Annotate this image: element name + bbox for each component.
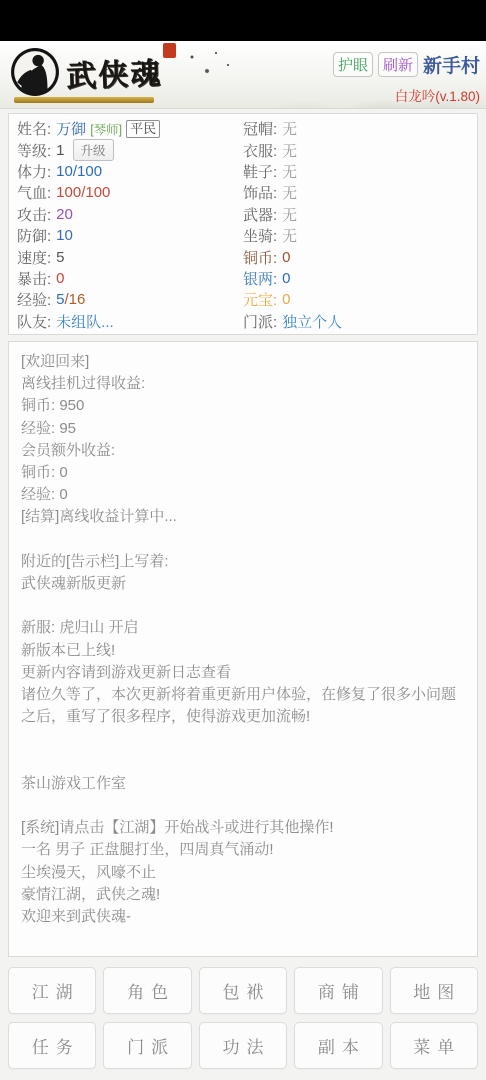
stat-label: 姓名: bbox=[17, 118, 51, 139]
stat-value: 0 bbox=[282, 291, 290, 308]
stat-label: 气血: bbox=[17, 182, 51, 203]
message-line: 欢迎来到武侠魂- bbox=[21, 906, 465, 928]
upgrade-button[interactable]: 升级 bbox=[73, 139, 114, 161]
character-stats-panel: 姓名:万御[琴师]平民等级:1升级体力:10/100气血:100/100攻击:2… bbox=[8, 113, 478, 335]
status-bar bbox=[0, 0, 486, 41]
nav-label: 副本 bbox=[318, 1033, 366, 1058]
stat-label: 衣服: bbox=[243, 140, 277, 161]
stat-value: 1 bbox=[56, 142, 64, 159]
stat-row: 铜币:0 bbox=[243, 246, 469, 267]
stat-value: 万御 bbox=[56, 118, 86, 139]
stat-label: 武器: bbox=[243, 204, 277, 225]
stat-row: 门派:独立个人 bbox=[243, 311, 469, 332]
nav-button-quest[interactable]: 任务 bbox=[8, 1022, 96, 1069]
stat-value: 10/100 bbox=[56, 163, 102, 180]
stat-value: 无 bbox=[282, 204, 297, 225]
nav-button-inventory[interactable]: 包袱 bbox=[199, 967, 287, 1014]
nav-button-skills[interactable]: 功法 bbox=[199, 1022, 287, 1069]
nav-label: 包袱 bbox=[222, 978, 270, 1003]
logo-title: 武侠魂 bbox=[65, 48, 162, 95]
stat-row: 暴击:0 bbox=[17, 268, 243, 289]
nav-label: 功法 bbox=[222, 1033, 270, 1058]
message-line bbox=[21, 928, 465, 950]
nav-button-dungeon[interactable]: 副本 bbox=[294, 1022, 382, 1069]
message-line bbox=[21, 795, 465, 817]
nav-label: 江湖 bbox=[32, 978, 80, 1003]
stat-label: 银两: bbox=[243, 268, 277, 289]
novice-village-button[interactable]: 新手村 bbox=[423, 51, 480, 78]
hero-silhouette-icon bbox=[10, 47, 60, 97]
stat-value: 0 bbox=[282, 270, 290, 287]
nav-label: 地图 bbox=[413, 978, 461, 1003]
stat-value: 5 bbox=[56, 249, 64, 266]
nav-label: 商铺 bbox=[318, 978, 366, 1003]
message-line: 更新内容请到游戏更新日志查看 bbox=[21, 662, 465, 684]
message-line: 一名 男子 正盘腿打坐，四周真气涌动! bbox=[21, 839, 465, 861]
stat-label: 鞋子: bbox=[243, 161, 277, 182]
nav-label: 角色 bbox=[127, 978, 175, 1003]
stat-row: 鞋子:无 bbox=[243, 161, 469, 182]
stats-left-column: 姓名:万御[琴师]平民等级:1升级体力:10/100气血:100/100攻击:2… bbox=[17, 118, 243, 330]
stats-right-column: 冠帽:无衣服:无鞋子:无饰品:无武器:无坐骑:无铜币:0银两:0元宝:0门派:独… bbox=[243, 118, 469, 330]
stat-row: 元宝:0 bbox=[243, 289, 469, 310]
message-line: 离线挂机过得收益: bbox=[21, 373, 465, 395]
header: 武侠魂 护眼 刷新 新手村 白龙吟(v.1.80) bbox=[0, 41, 486, 109]
stat-row: 饰品:无 bbox=[243, 182, 469, 203]
stat-row: 气血:100/100 bbox=[17, 182, 243, 203]
stat-label: 门派: bbox=[243, 311, 277, 332]
message-line: 武侠魂新版更新 bbox=[21, 573, 465, 595]
stat-value: 独立个人 bbox=[282, 311, 342, 332]
logo-banner bbox=[14, 97, 154, 103]
stat-label: 体力: bbox=[17, 161, 51, 182]
message-line: [欢迎回来] bbox=[21, 351, 465, 373]
message-line bbox=[21, 529, 465, 551]
message-line: 豪情江湖，武侠之魂! bbox=[21, 884, 465, 906]
stat-label: 铜币: bbox=[243, 247, 277, 268]
nav-button-menu[interactable]: 菜单 bbox=[390, 1022, 478, 1069]
stat-value: 5 bbox=[56, 291, 64, 308]
stat-value: 10 bbox=[56, 227, 73, 244]
message-line: 新服: 虎归山 开启 bbox=[21, 617, 465, 639]
stat-label: 防御: bbox=[17, 225, 51, 246]
message-line: 新版本已上线! bbox=[21, 640, 465, 662]
message-line: 经验: 95 bbox=[21, 418, 465, 440]
stat-row: 衣服:无 bbox=[243, 139, 469, 160]
message-line: 茶山游戏工作室 bbox=[21, 773, 465, 795]
stat-row: 等级:1升级 bbox=[17, 139, 243, 160]
nav-button-map[interactable]: 地图 bbox=[390, 967, 478, 1014]
stat-label: 速度: bbox=[17, 247, 51, 268]
civilian-badge: 平民 bbox=[126, 120, 160, 138]
stat-value: 无 bbox=[282, 118, 297, 139]
message-line: [结算]离线收益计算中... bbox=[21, 506, 465, 528]
stat-label: 坐骑: bbox=[243, 225, 277, 246]
message-line: 附近的[告示栏]上写着: bbox=[21, 551, 465, 573]
game-logo: 武侠魂 bbox=[10, 47, 162, 97]
nav-button-role[interactable]: 角色 bbox=[103, 967, 191, 1014]
eye-protection-button[interactable]: 护眼 bbox=[333, 52, 373, 77]
stat-label: 攻击: bbox=[17, 204, 51, 225]
message-log-panel: [欢迎回来]离线挂机过得收益:铜币: 950经验: 95会员额外收益:铜币: 0… bbox=[8, 341, 478, 957]
message-line: 铜币: 950 bbox=[21, 395, 465, 417]
message-line: 会员额外收益: bbox=[21, 440, 465, 462]
stat-row: 武器:无 bbox=[243, 204, 469, 225]
stat-row: 姓名:万御[琴师]平民 bbox=[17, 118, 243, 139]
nav-button-shop[interactable]: 商铺 bbox=[294, 967, 382, 1014]
stat-value: 无 bbox=[282, 182, 297, 203]
nav-label: 任务 bbox=[32, 1033, 80, 1058]
stat-value: 无 bbox=[282, 161, 297, 182]
nav-button-sect[interactable]: 门派 bbox=[103, 1022, 191, 1069]
stat-value: 无 bbox=[282, 140, 297, 161]
message-line bbox=[21, 751, 465, 773]
stat-row: 速度:5 bbox=[17, 246, 243, 267]
stat-row: 攻击:20 bbox=[17, 204, 243, 225]
stat-row: 防御:10 bbox=[17, 225, 243, 246]
message-line: [系统]请点击【江湖】开始战斗或进行其他操作! bbox=[21, 817, 465, 839]
stat-label: 队友: bbox=[17, 311, 51, 332]
stat-row: 队友:未组队... bbox=[17, 311, 243, 332]
stat-value: 100/100 bbox=[56, 184, 110, 201]
stat-label: 元宝: bbox=[243, 289, 277, 310]
stat-value: 无 bbox=[282, 225, 297, 246]
message-line: 诸位久等了，本次更新将着重更新用户体验，在修复了很多小问题之后，重写了很多程序，… bbox=[21, 684, 465, 728]
stat-row: 银两:0 bbox=[243, 268, 469, 289]
stat-value: 0 bbox=[282, 249, 290, 266]
stat-label: 经验: bbox=[17, 289, 51, 310]
stat-label: 暴击: bbox=[17, 268, 51, 289]
red-seal-icon bbox=[163, 43, 176, 58]
nav-button-jianghu[interactable]: 江湖 bbox=[8, 967, 96, 1014]
stat-value: [琴师] bbox=[90, 120, 122, 138]
stat-label: 等级: bbox=[17, 140, 51, 161]
nav-label: 门派 bbox=[127, 1033, 175, 1058]
bottom-nav: 江湖 角色 包袱 商铺 地图 任务 门派 功法 副本 菜单 bbox=[8, 967, 478, 1069]
message-line: 经验: 0 bbox=[21, 484, 465, 506]
team-status-link[interactable]: 未组队... bbox=[56, 311, 114, 332]
refresh-button[interactable]: 刷新 bbox=[378, 52, 418, 77]
message-line bbox=[21, 728, 465, 750]
stat-row: 坐骑:无 bbox=[243, 225, 469, 246]
nav-label: 菜单 bbox=[413, 1033, 461, 1058]
stat-row: 经验:5/16 bbox=[17, 289, 243, 310]
message-line bbox=[21, 595, 465, 617]
message-line: 尘埃漫天，风嚎不止 bbox=[21, 862, 465, 884]
ink-splatter bbox=[180, 49, 240, 89]
stat-value: /16 bbox=[65, 291, 86, 308]
stat-row: 体力:10/100 bbox=[17, 161, 243, 182]
stat-label: 冠帽: bbox=[243, 118, 277, 139]
stat-value: 0 bbox=[56, 270, 64, 287]
stat-label: 饰品: bbox=[243, 182, 277, 203]
server-version-label: 白龙吟(v.1.80) bbox=[333, 85, 480, 105]
message-line: ... ... bbox=[21, 950, 465, 957]
message-line: 铜币: 0 bbox=[21, 462, 465, 484]
stat-value: 20 bbox=[56, 206, 73, 223]
stat-row: 冠帽:无 bbox=[243, 118, 469, 139]
